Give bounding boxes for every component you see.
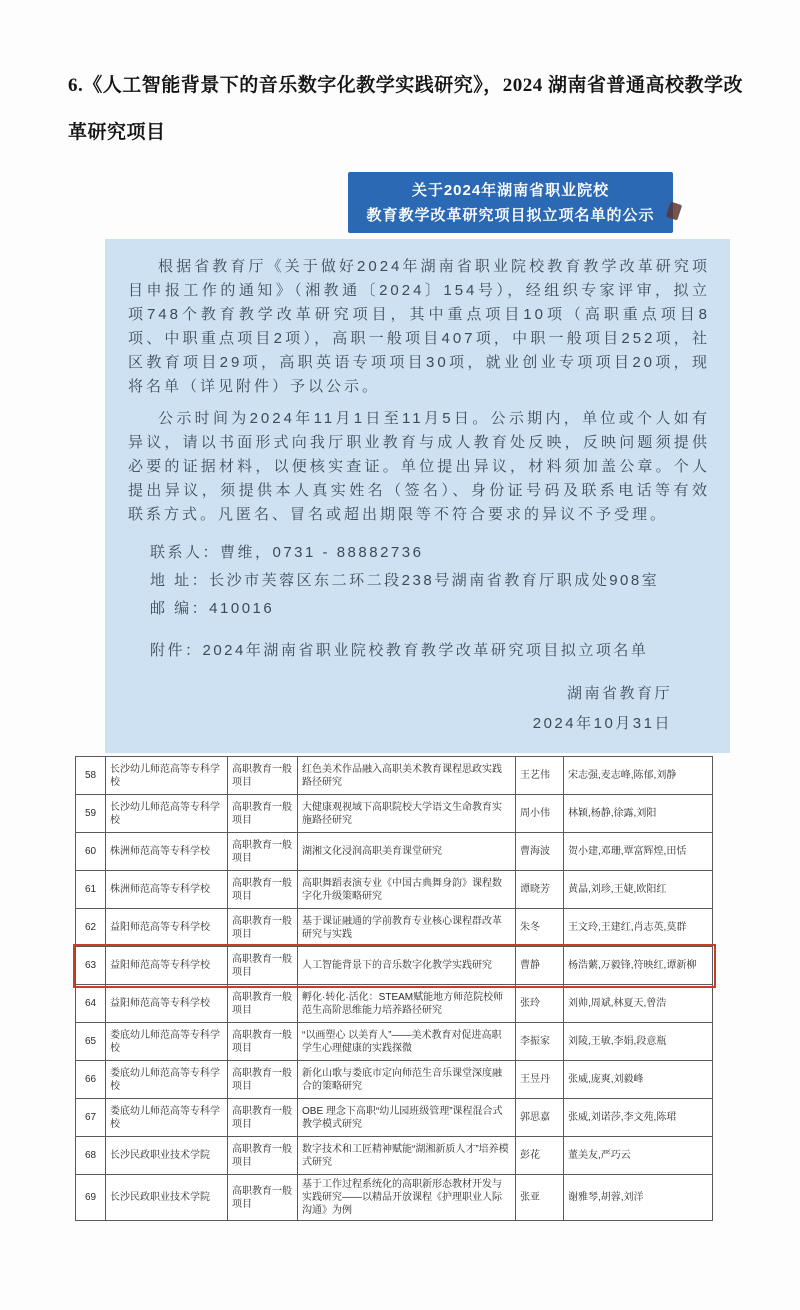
- leader-cell: 王昱丹: [516, 1061, 564, 1099]
- row-number-cell: 61: [76, 871, 106, 909]
- team-cell: 刘帅,周斌,林夏天,曾浩: [564, 985, 713, 1023]
- document-page: 6.《人工智能背景下的音乐数字化教学实践研究》，2024 湖南省普通高校教学改革…: [0, 0, 800, 1310]
- table-row: 66娄底幼儿师范高等专科学校高职教育一般项目新化山歌与娄底市定向师范生音乐课堂深…: [76, 1061, 713, 1099]
- leader-cell: 曹静: [516, 947, 564, 985]
- project-title-cell: 湖湘文化浸润高职美育课堂研究: [298, 833, 516, 871]
- table-row: 68长沙民政职业技术学院高职教育一般项目数字技术和工匠精神赋能“湖湘新质人才”培…: [76, 1137, 713, 1175]
- school-cell: 长沙幼儿师范高等专科学校: [106, 757, 228, 795]
- team-cell: 贺小建,邓珊,覃富辉煌,田恬: [564, 833, 713, 871]
- leader-cell: 谭晓芳: [516, 871, 564, 909]
- team-cell: 张威,刘诺莎,李文苑,陈珺: [564, 1099, 713, 1137]
- row-number-cell: 60: [76, 833, 106, 871]
- leader-cell: 王艺伟: [516, 757, 564, 795]
- project-type-cell: 高职教育一般项目: [228, 757, 298, 795]
- notice-title-line1: 关于2024年湖南省职业院校: [348, 178, 673, 203]
- row-number-cell: 63: [76, 947, 106, 985]
- project-type-cell: 高职教育一般项目: [228, 1175, 298, 1221]
- project-title-cell: 数字技术和工匠精神赋能“湖湘新质人才”培养模式研究: [298, 1137, 516, 1175]
- address-line: 地 址：长沙市芙蓉区东二环二段238号湖南省教育厅职成处908室: [150, 567, 710, 595]
- project-title-cell: OBE 理念下高职“幼儿园班级管理”课程混合式教学模式研究: [298, 1099, 516, 1137]
- table-row: 61株洲师范高等专科学校高职教育一般项目高职舞蹈表演专业《中国古典舞身韵》课程数…: [76, 871, 713, 909]
- page-title: 6.《人工智能背景下的音乐数字化教学实践研究》，2024 湖南省普通高校教学改革…: [68, 62, 758, 156]
- team-cell: 宋志强,麦志峰,陈郁,刘静: [564, 757, 713, 795]
- table-row: 64益阳师范高等专科学校高职教育一般项目孵化·转化·活化：STEAM赋能地方师范…: [76, 985, 713, 1023]
- school-cell: 长沙民政职业技术学院: [106, 1175, 228, 1221]
- team-cell: 杨浩蘩,万毅锋,符映红,谭新柳: [564, 947, 713, 985]
- contact-block: 联系人：曹维，0731 - 88882736 地 址：长沙市芙蓉区东二环二段23…: [128, 539, 710, 623]
- project-type-cell: 高职教育一般项目: [228, 1137, 298, 1175]
- team-cell: 董美友,严巧云: [564, 1137, 713, 1175]
- notice-title-line2: 教育教学改革研究项目拟立项名单的公示: [348, 203, 673, 228]
- project-type-cell: 高职教育一般项目: [228, 871, 298, 909]
- leader-cell: 彭花: [516, 1137, 564, 1175]
- school-cell: 娄底幼儿师范高等专科学校: [106, 1023, 228, 1061]
- table-row: 58长沙幼儿师范高等专科学校高职教育一般项目红色美术作品融入高职美术教育课程思政…: [76, 757, 713, 795]
- leader-cell: 张玲: [516, 985, 564, 1023]
- table-row: 65娄底幼儿师范高等专科学校高职教育一般项目“以画塑心 以美育人”——美术教育对…: [76, 1023, 713, 1061]
- leader-cell: 曹海波: [516, 833, 564, 871]
- table-row: 59长沙幼儿师范高等专科学校高职教育一般项目大健康观视域下高职院校大学语文生命教…: [76, 795, 713, 833]
- project-title-cell: 高职舞蹈表演专业《中国古典舞身韵》课程数字化升级策略研究: [298, 871, 516, 909]
- team-cell: 黄晶,刘珍,王婕,欧阳红: [564, 871, 713, 909]
- issuer-name: 湖南省教育厅: [128, 679, 672, 709]
- school-cell: 益阳师范高等专科学校: [106, 985, 228, 1023]
- project-title-cell: 大健康观视域下高职院校大学语文生命教育实施路径研究: [298, 795, 516, 833]
- school-cell: 益阳师范高等专科学校: [106, 947, 228, 985]
- project-title-cell: 孵化·转化·活化：STEAM赋能地方师范院校师范生高阶思维能力培养路径研究: [298, 985, 516, 1023]
- leader-cell: 郭思嘉: [516, 1099, 564, 1137]
- leader-cell: 张亚: [516, 1175, 564, 1221]
- notice-paragraph-2: 公示时间为2024年11月1日至11月5日。公示期内，单位或个人如有异议，请以书…: [128, 407, 710, 527]
- table-row: 67娄底幼儿师范高等专科学校高职教育一般项目OBE 理念下高职“幼儿园班级管理”…: [76, 1099, 713, 1137]
- project-type-cell: 高职教育一般项目: [228, 909, 298, 947]
- school-cell: 娄底幼儿师范高等专科学校: [106, 1061, 228, 1099]
- table-row-highlighted: 63益阳师范高等专科学校高职教育一般项目人工智能背景下的音乐数字化教学实践研究曹…: [76, 947, 713, 985]
- school-cell: 株洲师范高等专科学校: [106, 871, 228, 909]
- school-cell: 长沙幼儿师范高等专科学校: [106, 795, 228, 833]
- table-row: 69长沙民政职业技术学院高职教育一般项目基于工作过程系统化的高职新形态教材开发与…: [76, 1175, 713, 1221]
- team-cell: 林颖,杨静,徐露,刘阳: [564, 795, 713, 833]
- school-cell: 益阳师范高等专科学校: [106, 909, 228, 947]
- project-type-cell: 高职教育一般项目: [228, 795, 298, 833]
- signature-block: 湖南省教育厅 2024年10月31日: [128, 679, 710, 739]
- project-table: 58长沙幼儿师范高等专科学校高职教育一般项目红色美术作品融入高职美术教育课程思政…: [75, 756, 713, 1221]
- notice-body: 根据省教育厅《关于做好2024年湖南省职业院校教育教学改革研究项目申报工作的通知…: [105, 239, 730, 753]
- row-number-cell: 66: [76, 1061, 106, 1099]
- leader-cell: 朱冬: [516, 909, 564, 947]
- school-cell: 长沙民政职业技术学院: [106, 1137, 228, 1175]
- project-title-cell: “以画塑心 以美育人”——美术教育对促进高职学生心理健康的实践探微: [298, 1023, 516, 1061]
- project-title-cell: 新化山歌与娄底市定向师范生音乐课堂深度融合的策略研究: [298, 1061, 516, 1099]
- leader-cell: 周小伟: [516, 795, 564, 833]
- team-cell: 王文玲,王建红,肖志英,莫群: [564, 909, 713, 947]
- project-title-cell: 人工智能背景下的音乐数字化教学实践研究: [298, 947, 516, 985]
- row-number-cell: 65: [76, 1023, 106, 1061]
- row-number-cell: 69: [76, 1175, 106, 1221]
- contact-person-line: 联系人：曹维，0731 - 88882736: [150, 539, 710, 567]
- notice-title-banner: 关于2024年湖南省职业院校 教育教学改革研究项目拟立项名单的公示: [348, 172, 673, 233]
- postcode-line: 邮 编：410016: [150, 595, 710, 623]
- project-type-cell: 高职教育一般项目: [228, 833, 298, 871]
- school-cell: 娄底幼儿师范高等专科学校: [106, 1099, 228, 1137]
- project-type-cell: 高职教育一般项目: [228, 985, 298, 1023]
- project-title-cell: 红色美术作品融入高职美术教育课程思政实践路径研究: [298, 757, 516, 795]
- row-number-cell: 62: [76, 909, 106, 947]
- project-type-cell: 高职教育一般项目: [228, 947, 298, 985]
- row-number-cell: 67: [76, 1099, 106, 1137]
- row-number-cell: 59: [76, 795, 106, 833]
- row-number-cell: 64: [76, 985, 106, 1023]
- team-cell: 谢雅琴,胡蓉,刘洋: [564, 1175, 713, 1221]
- project-title-cell: 基于课证融通的学前教育专业核心课程群改革研究与实践: [298, 909, 516, 947]
- team-cell: 刘陵,王敏,李娟,段意瓶: [564, 1023, 713, 1061]
- table-row: 62益阳师范高等专科学校高职教育一般项目基于课证融通的学前教育专业核心课程群改革…: [76, 909, 713, 947]
- team-cell: 张威,庞爽,刘毅峰: [564, 1061, 713, 1099]
- issue-date: 2024年10月31日: [128, 709, 672, 739]
- attachment-line: 附件：2024年湖南省职业院校教育教学改革研究项目拟立项名单: [128, 639, 710, 663]
- row-number-cell: 68: [76, 1137, 106, 1175]
- project-type-cell: 高职教育一般项目: [228, 1099, 298, 1137]
- project-type-cell: 高职教育一般项目: [228, 1061, 298, 1099]
- row-number-cell: 58: [76, 757, 106, 795]
- project-table-body: 58长沙幼儿师范高等专科学校高职教育一般项目红色美术作品融入高职美术教育课程思政…: [76, 757, 713, 1221]
- table-row: 60株洲师范高等专科学校高职教育一般项目湖湘文化浸润高职美育课堂研究曹海波贺小建…: [76, 833, 713, 871]
- notice-paragraph-1: 根据省教育厅《关于做好2024年湖南省职业院校教育教学改革研究项目申报工作的通知…: [128, 255, 710, 399]
- school-cell: 株洲师范高等专科学校: [106, 833, 228, 871]
- project-title-cell: 基于工作过程系统化的高职新形态教材开发与实践研究——以精品开放课程《护理职业人际…: [298, 1175, 516, 1221]
- project-type-cell: 高职教育一般项目: [228, 1023, 298, 1061]
- leader-cell: 李振家: [516, 1023, 564, 1061]
